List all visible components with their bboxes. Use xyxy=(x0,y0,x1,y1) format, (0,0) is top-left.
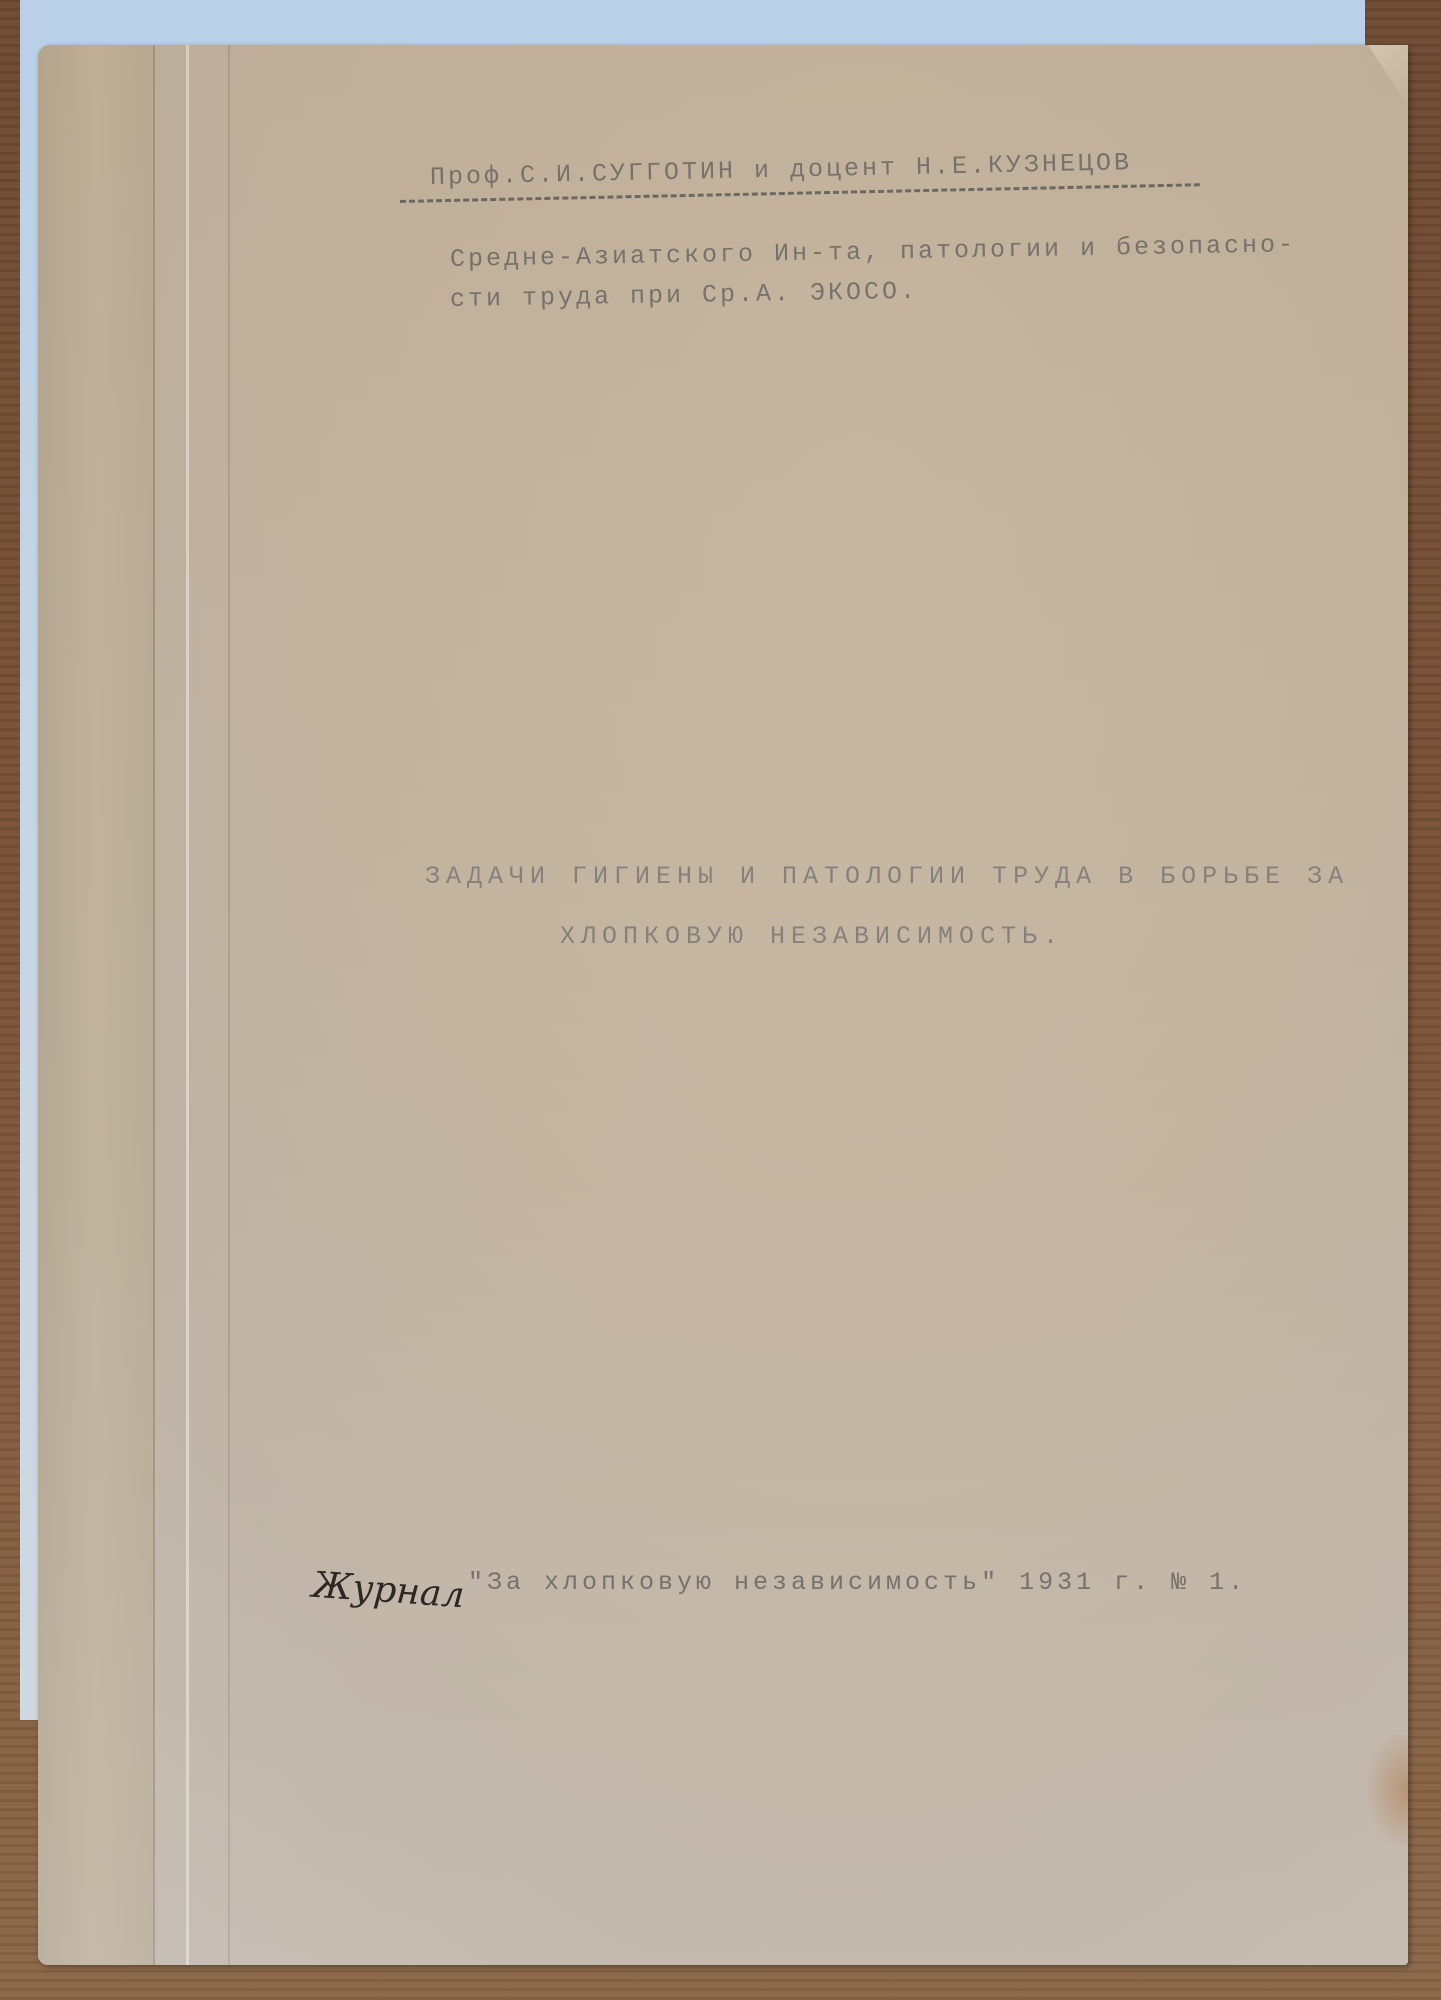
source-citation: "За хлопковую независимость" 1931 г. № 1… xyxy=(468,1568,1247,1597)
document-title-line-1: ЗАДАЧИ ГИГИЕНЫ И ПАТОЛОГИИ ТРУДА В БОРЬБ… xyxy=(425,862,1349,891)
binding-spine xyxy=(38,45,155,1965)
stain-mark xyxy=(1368,1735,1408,1845)
document-cover-page xyxy=(38,45,1408,1965)
fold-line xyxy=(186,45,189,1965)
fold-line xyxy=(228,45,230,1965)
torn-corner xyxy=(1368,45,1408,105)
document-title-line-2: ХЛОПКОВУЮ НЕЗАВИСИМОСТЬ. xyxy=(560,922,1064,951)
